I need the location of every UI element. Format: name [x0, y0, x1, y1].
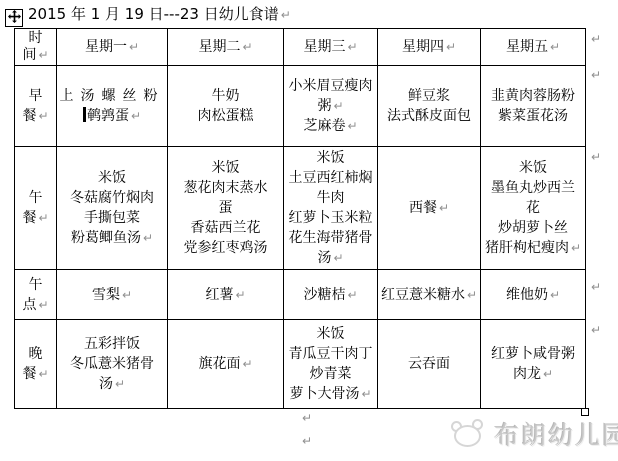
menu-line: 汤↵ [57, 374, 167, 394]
menu-line: 手撕包菜 [57, 208, 167, 228]
paragraph-mark: ↵ [302, 434, 312, 448]
menu-cell-lunch-tuesday[interactable]: 米饭葱花肉末蒸水蛋香菇西兰花党参红枣鸡汤 [168, 147, 284, 270]
menu-line: 冬瓜薏米猪骨 [57, 354, 167, 374]
header-row: 时间↵ 星期一↵ 星期二↵ 星期三↵ 星期四↵ 星期五↵ [15, 29, 586, 66]
menu-line: 花 [481, 198, 585, 218]
dinner-row: 晚餐↵ 五彩拌饭冬瓜薏米猪骨汤↵ 旗花面↵ 米饭青瓜豆干肉丁炒青菜萝卜大骨汤↵ … [15, 320, 586, 409]
cell-mark: ↵ [347, 119, 357, 133]
menu-line: 米饭 [284, 148, 377, 168]
menu-line: 米饭 [57, 168, 167, 188]
day-header-friday[interactable]: 星期五↵ [481, 29, 586, 66]
menu-line: 葱花肉末蒸水 [168, 178, 283, 198]
menu-item-text: 青瓜豆干肉丁 [289, 346, 373, 362]
menu-line: 旗花面↵ [168, 354, 283, 374]
paragraph-mark: ↵ [302, 411, 312, 425]
cell-mark: ↵ [38, 109, 48, 123]
day-label: 星期二 [198, 39, 240, 55]
menu-line: 餐↵ [15, 106, 56, 126]
menu-line: 午 [15, 188, 56, 208]
cell-mark: ↵ [242, 357, 252, 371]
menu-item-text: 萝卜大骨汤 [289, 386, 359, 402]
menu-line: 萝卜大骨汤↵ [284, 384, 377, 404]
menu-cell-snack-friday[interactable]: 维他奶↵ [481, 270, 586, 320]
menu-line: 午 [15, 275, 56, 295]
menu-line: 五彩拌饭 [57, 334, 167, 354]
menu-item-text: 香菇西兰花 [191, 220, 261, 236]
menu-cell-breakfast-friday[interactable]: 韭黄肉蓉肠粉紫菜蛋花汤 [481, 66, 586, 147]
end-of-row-mark: ↵ [591, 323, 601, 337]
menu-item-text: 粉葛鲫鱼汤 [71, 230, 141, 246]
menu-item-text: 云吞面 [408, 356, 450, 372]
cell-mark: ↵ [242, 40, 252, 54]
menu-cell-dinner-monday[interactable]: 五彩拌饭冬瓜薏米猪骨汤↵ [57, 320, 168, 409]
menu-item-text: 雪梨 [92, 287, 120, 303]
end-of-row-mark: ↵ [591, 68, 601, 82]
kindergarten-name: 布朗幼儿园 [494, 416, 618, 452]
menu-item-text: 汤 [317, 250, 331, 266]
cell-mark: ↵ [439, 201, 449, 215]
menu-line: 红萝卜玉米粒 [284, 208, 377, 228]
corner-cell-time[interactable]: 时间↵ [15, 29, 57, 66]
menu-line: 鹌鹑蛋↵ [57, 106, 167, 126]
menu-line: 紫菜蛋花汤 [481, 106, 585, 126]
menu-item-text: 餐 [22, 210, 36, 226]
menu-item-text: 上汤螺丝粉 [60, 88, 165, 104]
menu-line: 猪肝枸杞瘦肉↵ [481, 238, 585, 258]
menu-item-text: 花 [526, 200, 540, 216]
menu-line: 炒胡萝卜丝 [481, 218, 585, 238]
document-title[interactable]: 2015 年 1 月 19 日---23 日幼儿食谱↵ [28, 3, 291, 24]
bear-logo-icon [448, 418, 490, 450]
menu-item-text: 旗花面 [198, 356, 240, 372]
day-header-tuesday[interactable]: 星期二↵ [168, 29, 284, 66]
menu-line: 餐↵ [15, 208, 56, 228]
menu-item-text: 芝麻卷 [303, 118, 345, 134]
menu-line: 间↵ [15, 47, 56, 64]
menu-line: 雪梨↵ [57, 285, 167, 305]
menu-line: 西餐↵ [378, 198, 480, 218]
menu-cell-snack-tuesday[interactable]: 红薯↵ [168, 270, 284, 320]
menu-line: 上汤螺丝粉 [57, 86, 167, 106]
cell-mark: ↵ [543, 367, 553, 381]
end-of-row-mark: ↵ [591, 32, 601, 46]
lunch-row: 午餐↵ 米饭冬菇腐竹焖肉手撕包菜粉葛鲫鱼汤↵ 米饭葱花肉末蒸水蛋香菇西兰花党参红… [15, 147, 586, 270]
cell-mark: ↵ [446, 40, 456, 54]
menu-line: 点↵ [15, 295, 56, 315]
cell-mark: ↵ [115, 377, 125, 391]
menu-cell-snack-wednesday[interactable]: 沙糖桔↵ [284, 270, 378, 320]
menu-item-text: 维他奶 [506, 287, 548, 303]
menu-item-text: 党参红枣鸡汤 [184, 240, 268, 256]
menu-line: 香菇西兰花 [168, 218, 283, 238]
menu-item-text: 沙糖桔 [303, 287, 345, 303]
menu-item-text: 肉龙 [513, 366, 541, 382]
menu-line: 墨鱼丸炒西兰 [481, 178, 585, 198]
cell-mark: ↵ [347, 40, 357, 54]
menu-cell-dinner-thursday[interactable]: 云吞面 [378, 320, 481, 409]
cell-mark: ↵ [550, 288, 560, 302]
day-label: 星期五 [506, 39, 548, 55]
menu-item-text: 肉松蛋糕 [198, 108, 254, 124]
menu-line: 牛肉 [284, 188, 377, 208]
cell-mark: ↵ [571, 241, 581, 255]
cell-mark: ↵ [38, 367, 48, 381]
day-label: 星期一 [85, 39, 127, 55]
text-cursor [83, 107, 86, 122]
menu-cell-breakfast-wednesday[interactable]: 小米眉豆瘦肉粥↵芝麻卷↵ [284, 66, 378, 147]
menu-line: 维他奶↵ [481, 285, 585, 305]
cell-mark: ↵ [333, 99, 343, 113]
menu-cell-lunch-thursday[interactable]: 西餐↵ [378, 147, 481, 270]
cell-mark: ↵ [129, 40, 139, 54]
menu-line: 云吞面 [378, 354, 480, 374]
menu-cell-dinner-wednesday[interactable]: 米饭青瓜豆干肉丁炒青菜萝卜大骨汤↵ [284, 320, 378, 409]
menu-item-text: 花生海带猪骨 [289, 230, 373, 246]
menu-cell-breakfast-thursday[interactable]: 鲜豆浆法式酥皮面包 [378, 66, 481, 147]
menu-cell-snack-monday[interactable]: 雪梨↵ [57, 270, 168, 320]
cell-mark: ↵ [38, 48, 48, 62]
menu-item-text: 餐 [22, 366, 36, 382]
menu-line: 红薯↵ [168, 285, 283, 305]
menu-item-text: 葱花肉末蒸水 [184, 180, 268, 196]
menu-item-text: 牛肉 [317, 190, 345, 206]
menu-cell-breakfast-tuesday[interactable]: 牛奶肉松蛋糕 [168, 66, 284, 147]
menu-line: 芝麻卷↵ [284, 116, 377, 136]
menu-line: 炒青菜 [284, 364, 377, 384]
day-header-wednesday[interactable]: 星期三↵ [284, 29, 378, 66]
menu-line: 米饭 [284, 324, 377, 344]
menu-table: 时间↵ 星期一↵ 星期二↵ 星期三↵ 星期四↵ 星期五↵ 早餐↵ 上汤螺丝粉鹌鹑… [14, 28, 586, 409]
menu-item-text: 米饭 [317, 150, 345, 166]
title-text: 2015 年 1 月 19 日---23 日幼儿食谱 [28, 5, 279, 23]
menu-item-text: 手撕包菜 [84, 210, 140, 226]
menu-cell-dinner-friday[interactable]: 红萝卜咸骨粥肉龙↵ [481, 320, 586, 409]
menu-line: 花生海带猪骨 [284, 228, 377, 248]
menu-item-text: 小米眉豆瘦肉 [289, 78, 373, 94]
cell-mark: ↵ [38, 211, 48, 225]
meal-label-snack[interactable]: 午点↵ [15, 270, 57, 320]
menu-item-text: 墨鱼丸炒西兰 [491, 180, 575, 196]
menu-item-text: 冬菇腐竹焖肉 [70, 190, 154, 206]
move-arrows-icon [8, 10, 21, 27]
menu-item-text: 时 [29, 30, 43, 46]
kindergarten-logo: 布朗幼儿园 [448, 416, 618, 452]
menu-item-text: 粥 [317, 98, 331, 114]
menu-line: 肉松蛋糕 [168, 106, 283, 126]
menu-item-text: 鲜豆浆 [408, 88, 450, 104]
menu-item-text: 猪肝枸杞瘦肉 [485, 240, 569, 256]
day-label: 星期四 [402, 39, 444, 55]
menu-line: 米饭 [481, 158, 585, 178]
menu-line: 粥↵ [284, 96, 377, 116]
menu-line: 冬菇腐竹焖肉 [57, 188, 167, 208]
cell-mark: ↵ [131, 109, 141, 123]
menu-item-text: 法式酥皮面包 [387, 108, 471, 124]
menu-cell-dinner-tuesday[interactable]: 旗花面↵ [168, 320, 284, 409]
breakfast-row: 早餐↵ 上汤螺丝粉鹌鹑蛋↵ 牛奶肉松蛋糕 小米眉豆瘦肉粥↵芝麻卷↵ 鲜豆浆法式酥… [15, 66, 586, 147]
menu-item-text: 米饭 [212, 160, 240, 176]
menu-line: 沙糖桔↵ [284, 285, 377, 305]
menu-line: 晚 [15, 344, 56, 364]
menu-item-text: 红萝卜咸骨粥 [491, 346, 575, 362]
menu-item-text: 土豆西红柿焖 [289, 170, 373, 186]
menu-item-text: 西餐 [409, 200, 437, 216]
menu-item-text: 汤 [99, 376, 113, 392]
end-of-row-mark: ↵ [591, 280, 601, 294]
end-of-row-mark: ↵ [591, 150, 601, 164]
menu-item-text: 韭黄肉蓉肠粉 [491, 88, 575, 104]
menu-cell-snack-thursday[interactable]: 红豆薏米糖水↵ [378, 270, 481, 320]
menu-item-text: 紫菜蛋花汤 [498, 108, 568, 124]
menu-line: 米饭 [168, 158, 283, 178]
menu-item-text: 晚 [29, 346, 43, 362]
menu-cell-lunch-wednesday[interactable]: 米饭土豆西红柿焖牛肉红萝卜玉米粒花生海带猪骨汤↵ [284, 147, 378, 270]
menu-line: 小米眉豆瘦肉 [284, 76, 377, 96]
menu-item-text: 牛奶 [212, 88, 240, 104]
menu-line: 法式酥皮面包 [378, 106, 480, 126]
day-label: 星期三 [303, 39, 345, 55]
cell-mark: ↵ [143, 231, 153, 245]
day-header-thursday[interactable]: 星期四↵ [378, 29, 481, 66]
menu-item-text: 米饭 [519, 160, 547, 176]
menu-line: 餐↵ [15, 364, 56, 384]
table-move-handle[interactable] [5, 9, 23, 27]
meal-label-breakfast[interactable]: 早餐↵ [15, 66, 57, 147]
cell-mark: ↵ [550, 40, 560, 54]
menu-item-text: 鹌鹑蛋 [87, 108, 129, 124]
menu-item-text: 米饭 [317, 326, 345, 342]
day-header-monday[interactable]: 星期一↵ [57, 29, 168, 66]
meal-label-lunch[interactable]: 午餐↵ [15, 147, 57, 270]
menu-line: 青瓜豆干肉丁 [284, 344, 377, 364]
menu-item-text: 冬瓜薏米猪骨 [70, 356, 154, 372]
menu-item-text: 间 [22, 47, 36, 63]
menu-item-text: 餐 [22, 108, 36, 124]
menu-line: 粉葛鲫鱼汤↵ [57, 228, 167, 248]
menu-item-text: 早 [29, 88, 43, 104]
meal-label-dinner[interactable]: 晚餐↵ [15, 320, 57, 409]
menu-item-text: 米饭 [98, 170, 126, 186]
menu-item-text: 炒青菜 [310, 366, 352, 382]
menu-line: 鲜豆浆 [378, 86, 480, 106]
cell-mark: ↵ [122, 288, 132, 302]
menu-line: 蛋 [168, 198, 283, 218]
paragraph-mark: ↵ [281, 8, 291, 22]
afternoon-snack-row: 午点↵ 雪梨↵ 红薯↵ 沙糖桔↵ 红豆薏米糖水↵ 维他奶↵ [15, 270, 586, 320]
menu-line: 韭黄肉蓉肠粉 [481, 86, 585, 106]
cell-mark: ↵ [347, 288, 357, 302]
menu-line: 红豆薏米糖水↵ [378, 285, 480, 305]
menu-item-text: 红薯 [205, 287, 233, 303]
menu-item-text: 五彩拌饭 [84, 336, 140, 352]
cell-mark: ↵ [333, 251, 343, 265]
menu-item-text: 红豆薏米糖水 [381, 287, 465, 303]
menu-item-text: 蛋 [219, 200, 233, 216]
cell-mark: ↵ [38, 298, 48, 312]
menu-item-text: 炒胡萝卜丝 [498, 220, 568, 236]
menu-item-text: 红萝卜玉米粒 [289, 210, 373, 226]
menu-line: 党参红枣鸡汤 [168, 238, 283, 258]
table-resize-handle[interactable] [581, 408, 589, 416]
cell-mark: ↵ [467, 288, 477, 302]
cell-mark: ↵ [361, 387, 371, 401]
menu-item-text: 午 [29, 277, 43, 293]
menu-line: 早 [15, 86, 56, 106]
menu-line: 红萝卜咸骨粥 [481, 344, 585, 364]
menu-line: 牛奶 [168, 86, 283, 106]
menu-item-text: 午 [29, 190, 43, 206]
menu-item-text: 点 [22, 297, 36, 313]
menu-line: 土豆西红柿焖 [284, 168, 377, 188]
menu-line: 汤↵ [284, 248, 377, 268]
menu-cell-breakfast-monday[interactable]: 上汤螺丝粉鹌鹑蛋↵ [57, 66, 168, 147]
cell-mark: ↵ [235, 288, 245, 302]
menu-line: 肉龙↵ [481, 364, 585, 384]
menu-cell-lunch-monday[interactable]: 米饭冬菇腐竹焖肉手撕包菜粉葛鲫鱼汤↵ [57, 147, 168, 270]
menu-cell-lunch-friday[interactable]: 米饭墨鱼丸炒西兰花炒胡萝卜丝猪肝枸杞瘦肉↵ [481, 147, 586, 270]
menu-line: 时 [15, 30, 56, 47]
